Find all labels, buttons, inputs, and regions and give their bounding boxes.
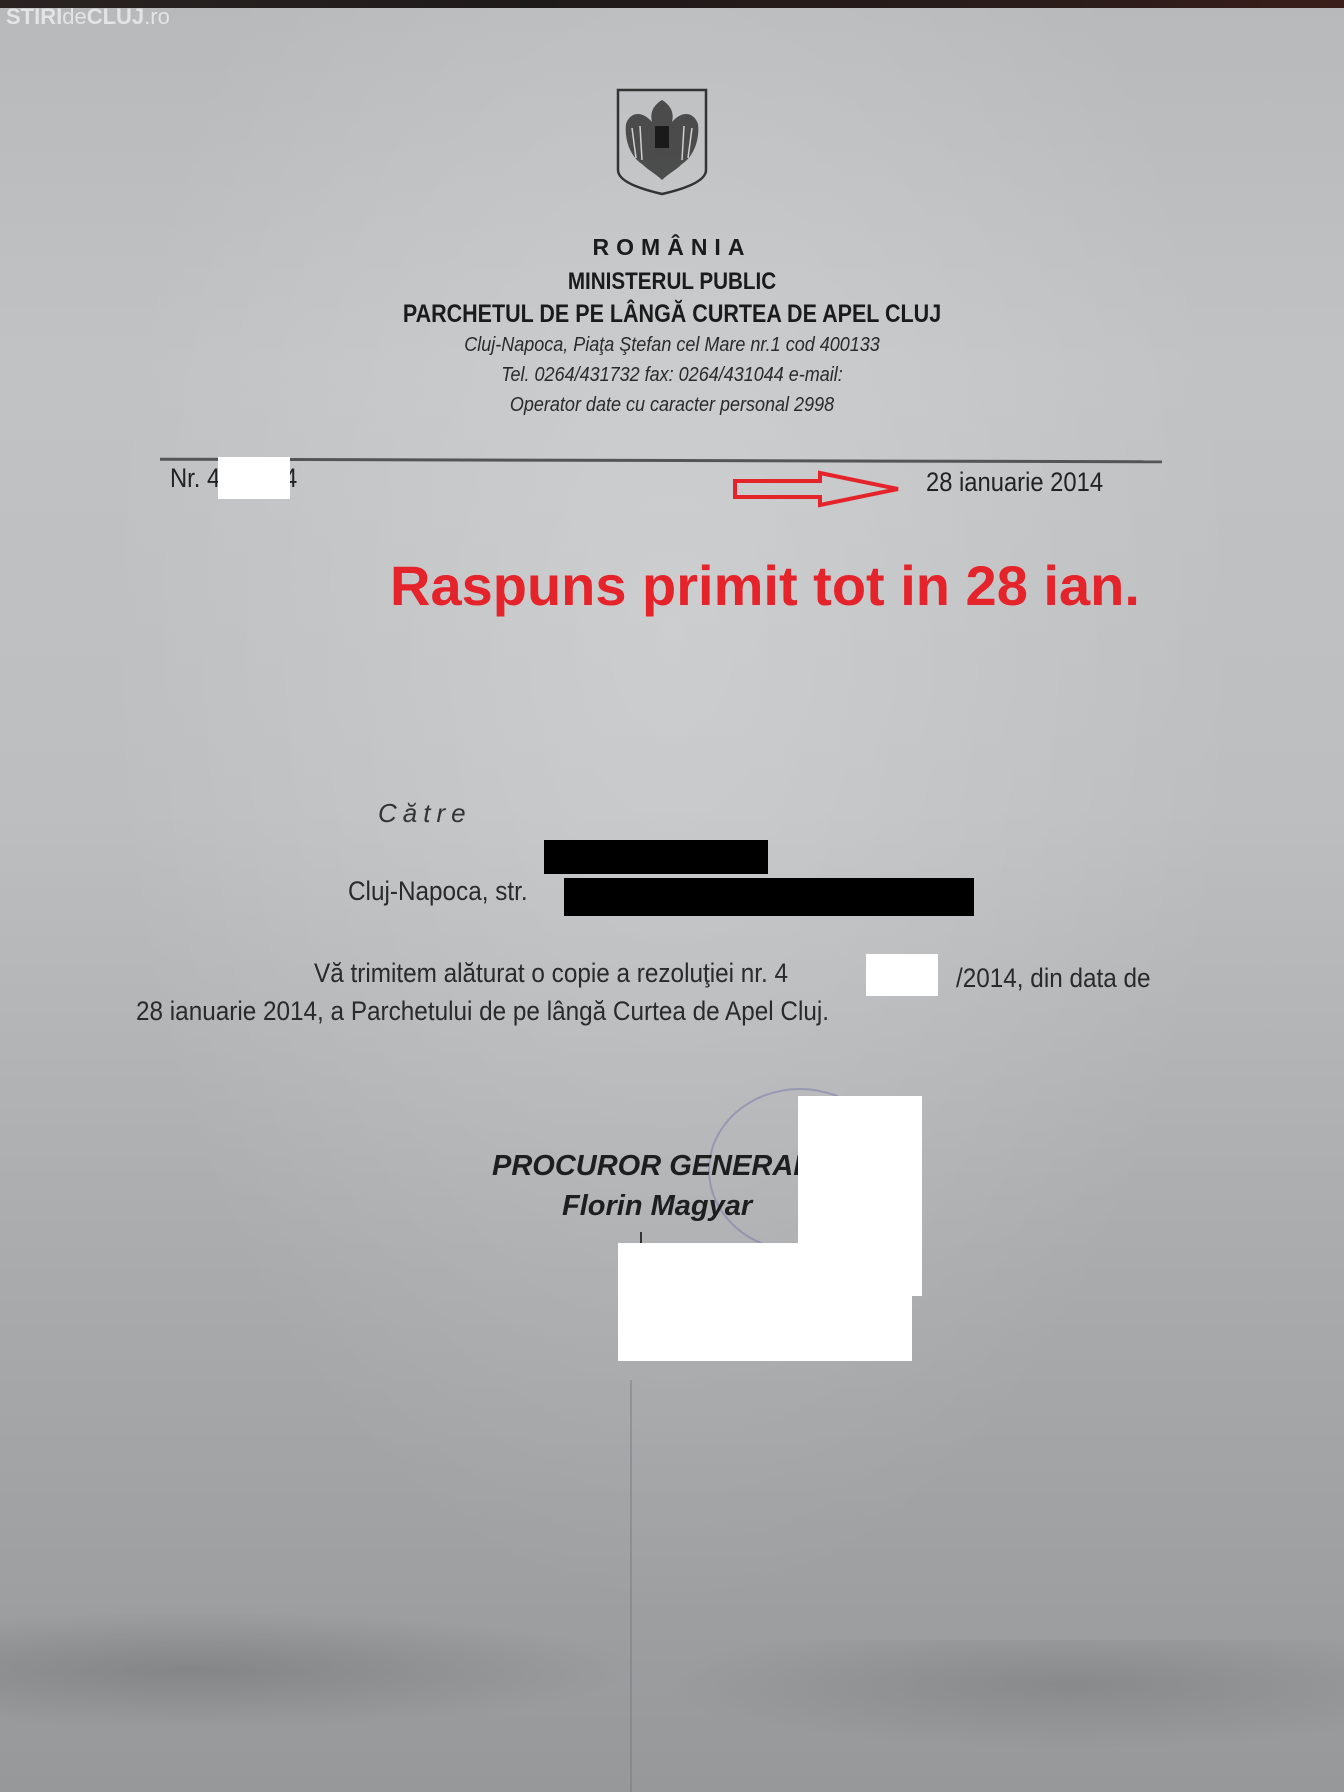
coat-of-arms-icon bbox=[612, 84, 712, 196]
signatory-title: PROCUROR GENERAL bbox=[492, 1150, 811, 1183]
header-institution: PARCHETUL DE PE LÂNGĂ CURTEA DE APEL CLU… bbox=[94, 300, 1250, 329]
header-operator: Operator date cu caracter personal 2998 bbox=[67, 394, 1277, 417]
redaction-box bbox=[544, 840, 768, 874]
watermark-part: STIRI bbox=[6, 4, 62, 29]
recipient-address: Cluj-Napoca, str. bbox=[348, 876, 528, 907]
header-address: Cluj-Napoca, Piaţa Ştefan cel Mare nr.1 … bbox=[67, 334, 1277, 357]
body-line-1-end: /2014, din data de bbox=[956, 963, 1151, 994]
watermark-part: de bbox=[62, 4, 86, 29]
redaction-box bbox=[618, 1243, 912, 1361]
header-contact: Tel. 0264/431732 fax: 0264/431044 e-mail… bbox=[67, 364, 1277, 387]
body-line-2: 28 ianuarie 2014, a Parchetului de pe lâ… bbox=[136, 996, 829, 1027]
red-annotation: Raspuns primit tot in 28 ian. bbox=[390, 548, 1210, 624]
paper-fold-line bbox=[630, 1380, 632, 1792]
body-line-1: Vă trimitem alăturat o copie a rezoluţie… bbox=[314, 958, 788, 989]
paper-fold-shadow bbox=[0, 1610, 640, 1730]
reference-number-prefix: Nr. 4 bbox=[170, 463, 220, 493]
redaction-box bbox=[218, 457, 290, 499]
watermark-part: .ro bbox=[144, 4, 170, 29]
site-watermark: STIRIdeCLUJ.ro bbox=[6, 4, 170, 30]
recipient-label: Către bbox=[378, 798, 472, 829]
document-date: 28 ianuarie 2014 bbox=[926, 467, 1103, 498]
redaction-box bbox=[564, 878, 974, 916]
header-ministry: MINISTERUL PUBLIC bbox=[94, 268, 1250, 296]
watermark-part: CLUJ bbox=[87, 4, 144, 29]
paper-fold-shadow bbox=[660, 1640, 1344, 1750]
redaction-box bbox=[866, 954, 938, 996]
signatory-name: Florin Magyar bbox=[562, 1190, 752, 1223]
right-arrow-icon bbox=[732, 470, 904, 508]
header-country: ROMÂNIA bbox=[0, 234, 1344, 261]
